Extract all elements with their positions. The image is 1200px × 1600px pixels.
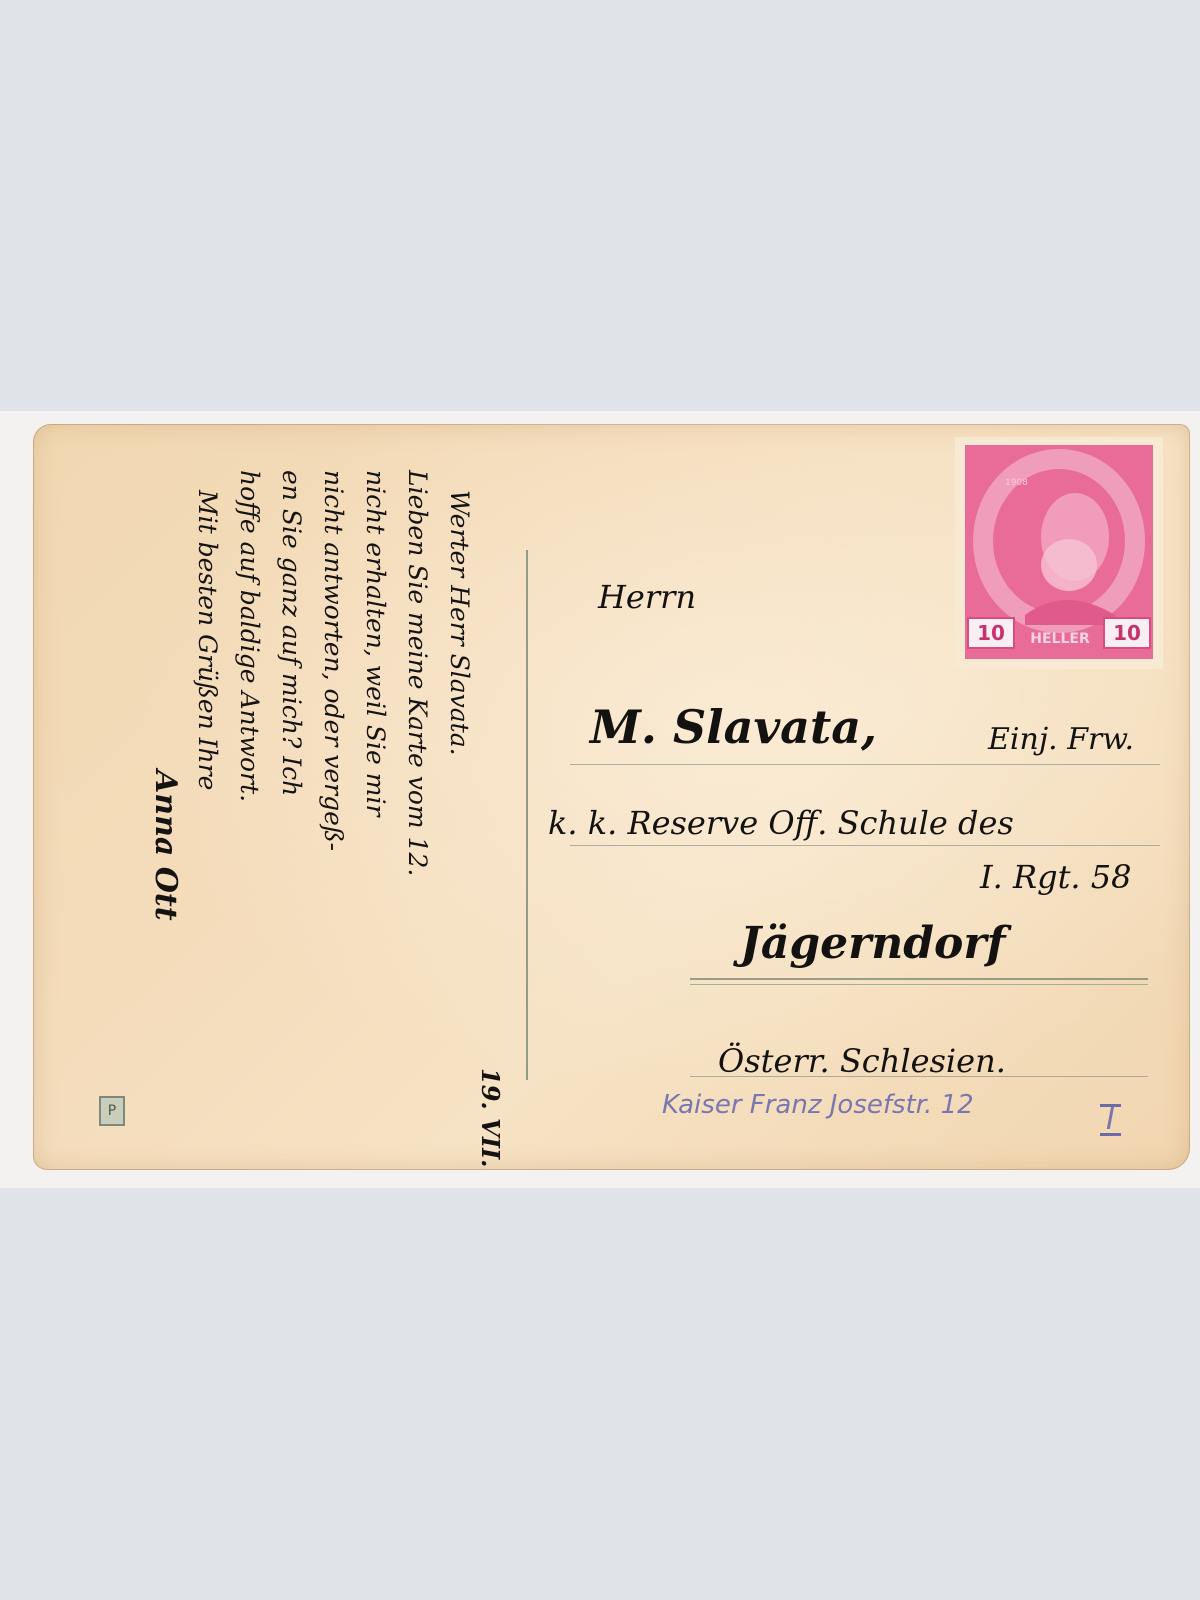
address-salutation: Herrn — [598, 578, 696, 616]
address-regiment: I. Rgt. 58 — [980, 858, 1131, 896]
message-address-divider — [526, 550, 528, 1080]
message-area: Werter Herr Slavata. Lieben Sie meine Ka… — [80, 470, 480, 1150]
message-date: 19. VII. — [476, 1068, 505, 1168]
address-name: M. Slavata, — [590, 700, 877, 754]
address-city: Jägerndorf — [740, 918, 1005, 969]
stamp-currency: HELLER — [1025, 631, 1095, 647]
stamp-face: 1908 10 HELLER 10 — [965, 445, 1153, 659]
signature: Anna Ott — [144, 470, 186, 1150]
message-line: nicht erhalten, weil Sie mir — [354, 470, 396, 1150]
publisher-logo-icon: P — [99, 1096, 125, 1126]
address-rule — [570, 845, 1160, 846]
message-line: nicht antworten, oder vergeß- — [312, 470, 354, 1150]
stamp-value-right: 10 — [1103, 617, 1151, 649]
message-line: hoffe auf baldige Antwort. — [228, 470, 270, 1150]
message-line: en Sie ganz auf mich? Ich — [270, 470, 312, 1150]
stamp-value-left: 10 — [967, 617, 1015, 649]
message-line: Lieben Sie meine Karte vom 12. — [396, 470, 438, 1150]
postage-stamp: 1908 10 HELLER 10 — [955, 437, 1163, 669]
pencil-floor-note: I — [1100, 1104, 1121, 1136]
message-text: Werter Herr Slavata. Lieben Sie meine Ka… — [144, 470, 480, 1150]
address-region: Österr. Schlesien. — [718, 1042, 1006, 1080]
address-rule-double — [690, 978, 1148, 985]
svg-text:1908: 1908 — [1005, 478, 1028, 488]
message-line: Werter Herr Slavata. — [438, 470, 480, 1150]
address-unit: k. k. Reserve Off. Schule des — [548, 804, 1014, 842]
address-rule — [570, 764, 1160, 765]
address-rank: Einj. Frw. — [988, 722, 1134, 757]
pencil-street-note: Kaiser Franz Josefstr. 12 — [662, 1090, 974, 1120]
address-rule — [690, 1076, 1148, 1077]
message-line: Mit besten Grüßen Ihre — [186, 470, 228, 1150]
